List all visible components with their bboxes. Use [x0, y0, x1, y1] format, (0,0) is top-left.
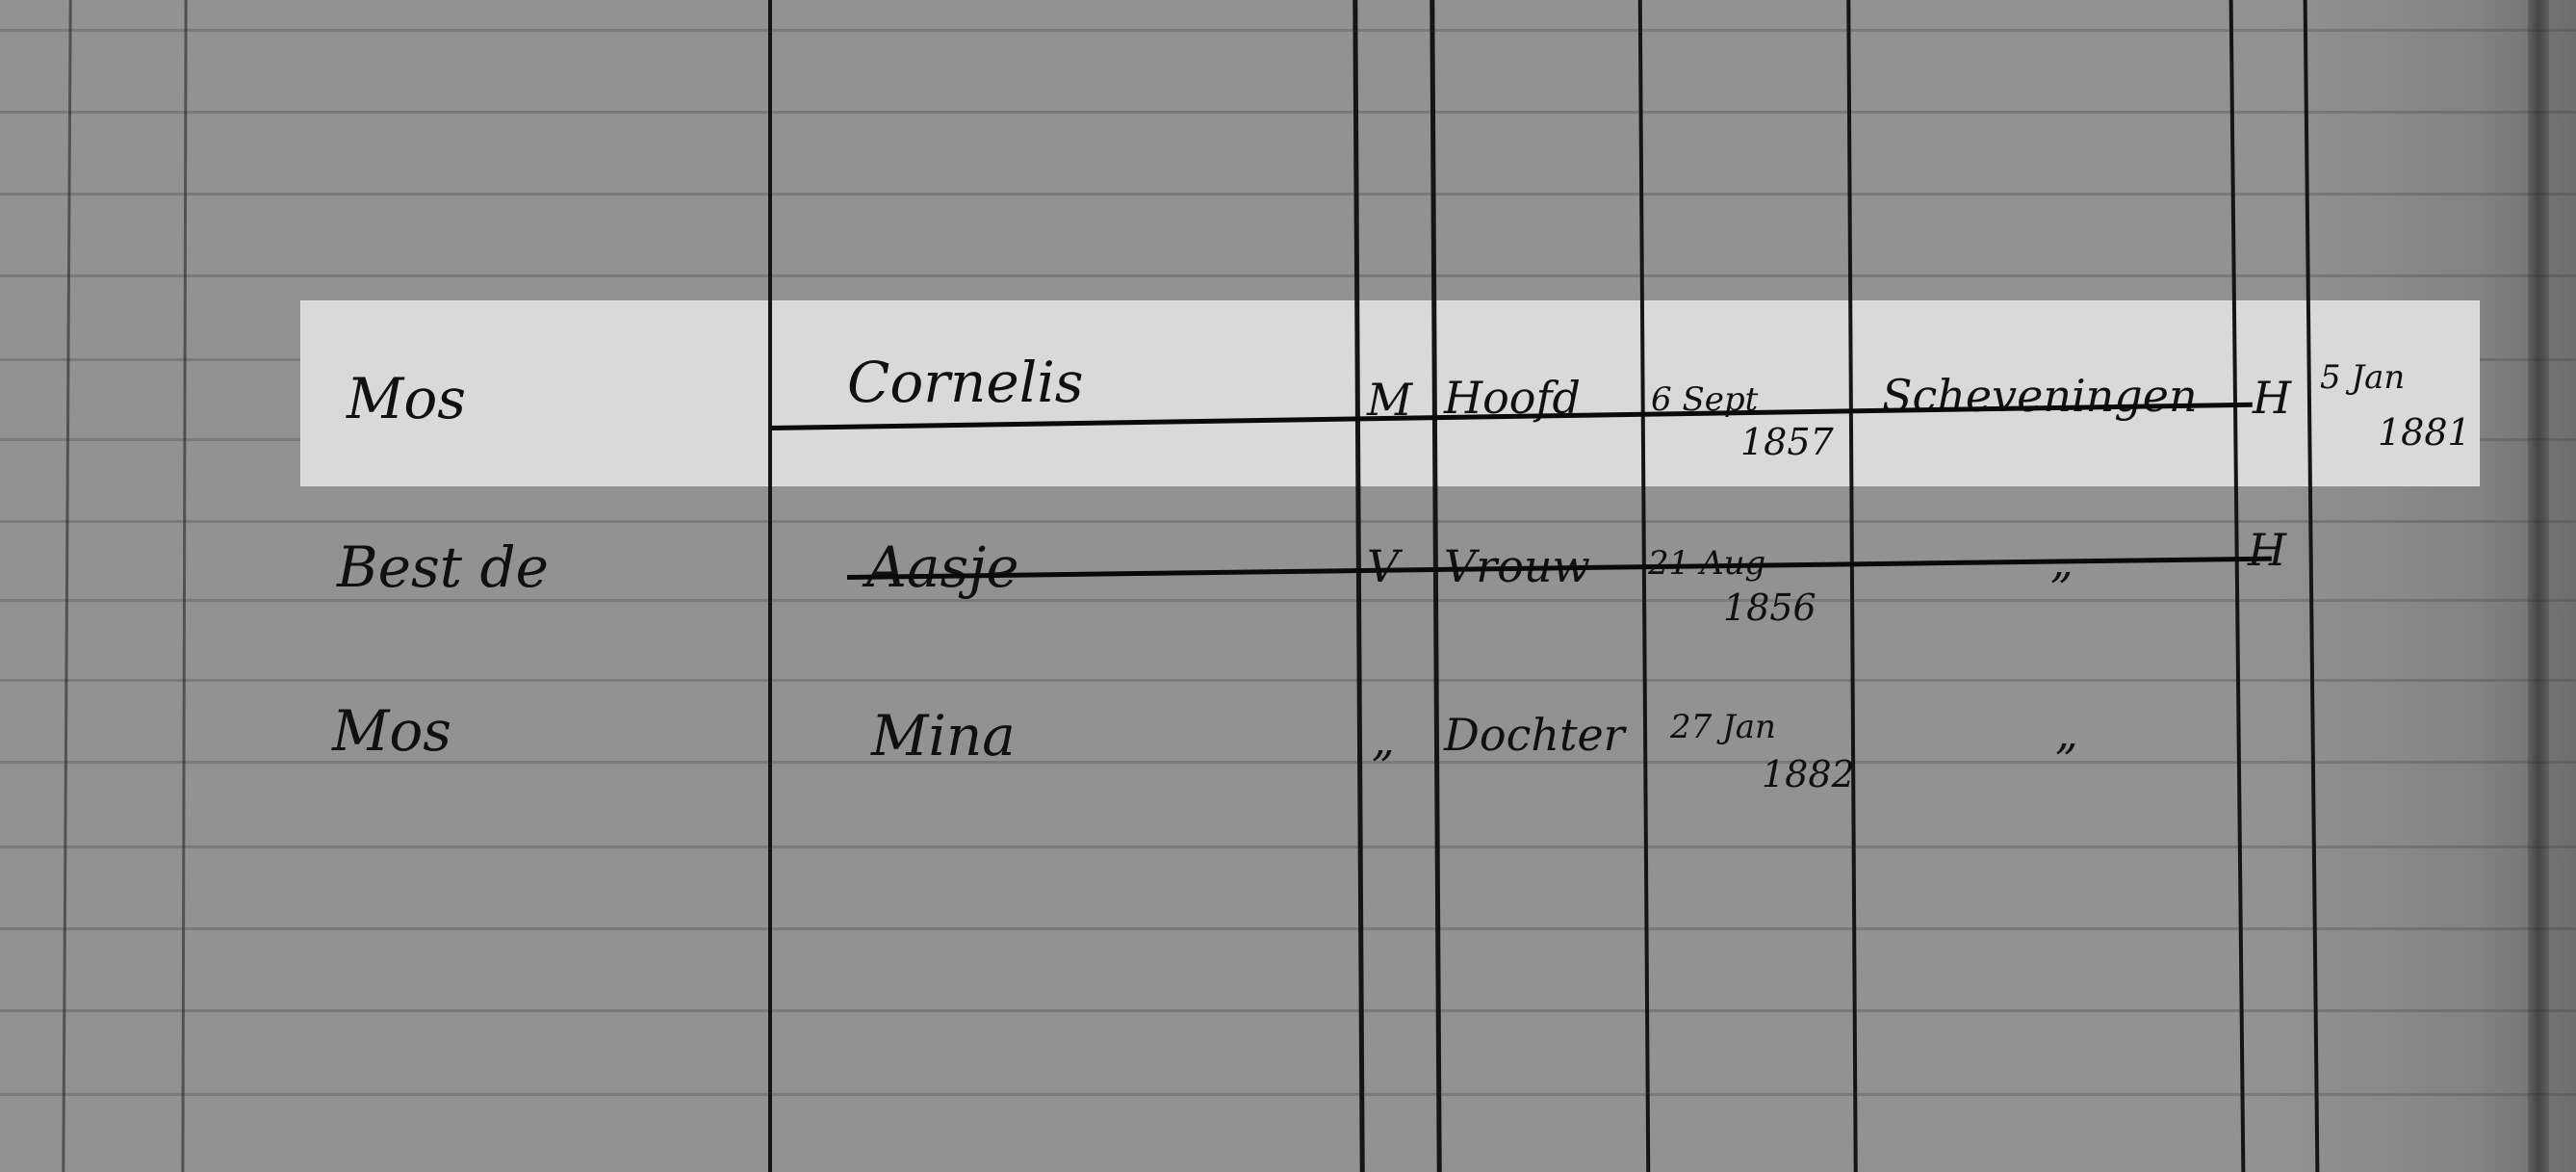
row3-birth-place-ditto: „: [2055, 711, 2078, 755]
row1-entry-year: 1881: [2378, 414, 2471, 451]
row2-given-name: Aasje: [866, 539, 1019, 595]
column-rule: [2229, 0, 2246, 1172]
page-binding-shadow: [2528, 0, 2549, 1172]
ruling-line: [0, 29, 2576, 32]
row2-religion: H: [2248, 528, 2286, 572]
ruling-line: [0, 520, 2576, 523]
row3-birth-year: 1882: [1762, 756, 1855, 793]
column-rule: [62, 0, 71, 1172]
row1-surname: Mos: [347, 371, 466, 427]
row3-given-name: Mina: [871, 708, 1016, 764]
ruling-line: [0, 927, 2576, 930]
ruling-line: [0, 274, 2576, 277]
row1-birth-year: 1857: [1740, 424, 1834, 460]
ruling-line: [0, 846, 2576, 848]
column-rule: [1352, 0, 1364, 1172]
row3-relation: Dochter: [1444, 713, 1625, 757]
column-rule: [1430, 0, 1441, 1172]
ruling-line: [0, 1093, 2576, 1096]
column-rule: [768, 0, 772, 1172]
column-rule: [181, 0, 187, 1172]
ruling-line: [0, 1009, 2576, 1012]
row1-religion: H: [2253, 376, 2291, 420]
row2-sex: V: [1367, 544, 1399, 588]
row3-surname: Mos: [332, 703, 451, 759]
column-rule: [1638, 0, 1650, 1172]
ruling-line: [0, 679, 2576, 682]
row3-sex-ditto: „: [1372, 717, 1395, 762]
ruling-line: [0, 111, 2576, 114]
row3-birth-day-month: 27 Jan: [1670, 711, 1776, 743]
row2-birth-year: 1856: [1723, 589, 1816, 626]
row2-surname: Best de: [337, 539, 549, 595]
row1-given-name: Cornelis: [847, 354, 1084, 410]
row1-entry-day-month: 5 Jan: [2320, 361, 2405, 394]
column-rule: [2304, 0, 2320, 1172]
column-rule: [1846, 0, 1857, 1172]
ledger-page: Mos Cornelis M Hoofd 6 Sept 1857 Scheven…: [0, 0, 2576, 1172]
ruling-line: [0, 193, 2576, 195]
